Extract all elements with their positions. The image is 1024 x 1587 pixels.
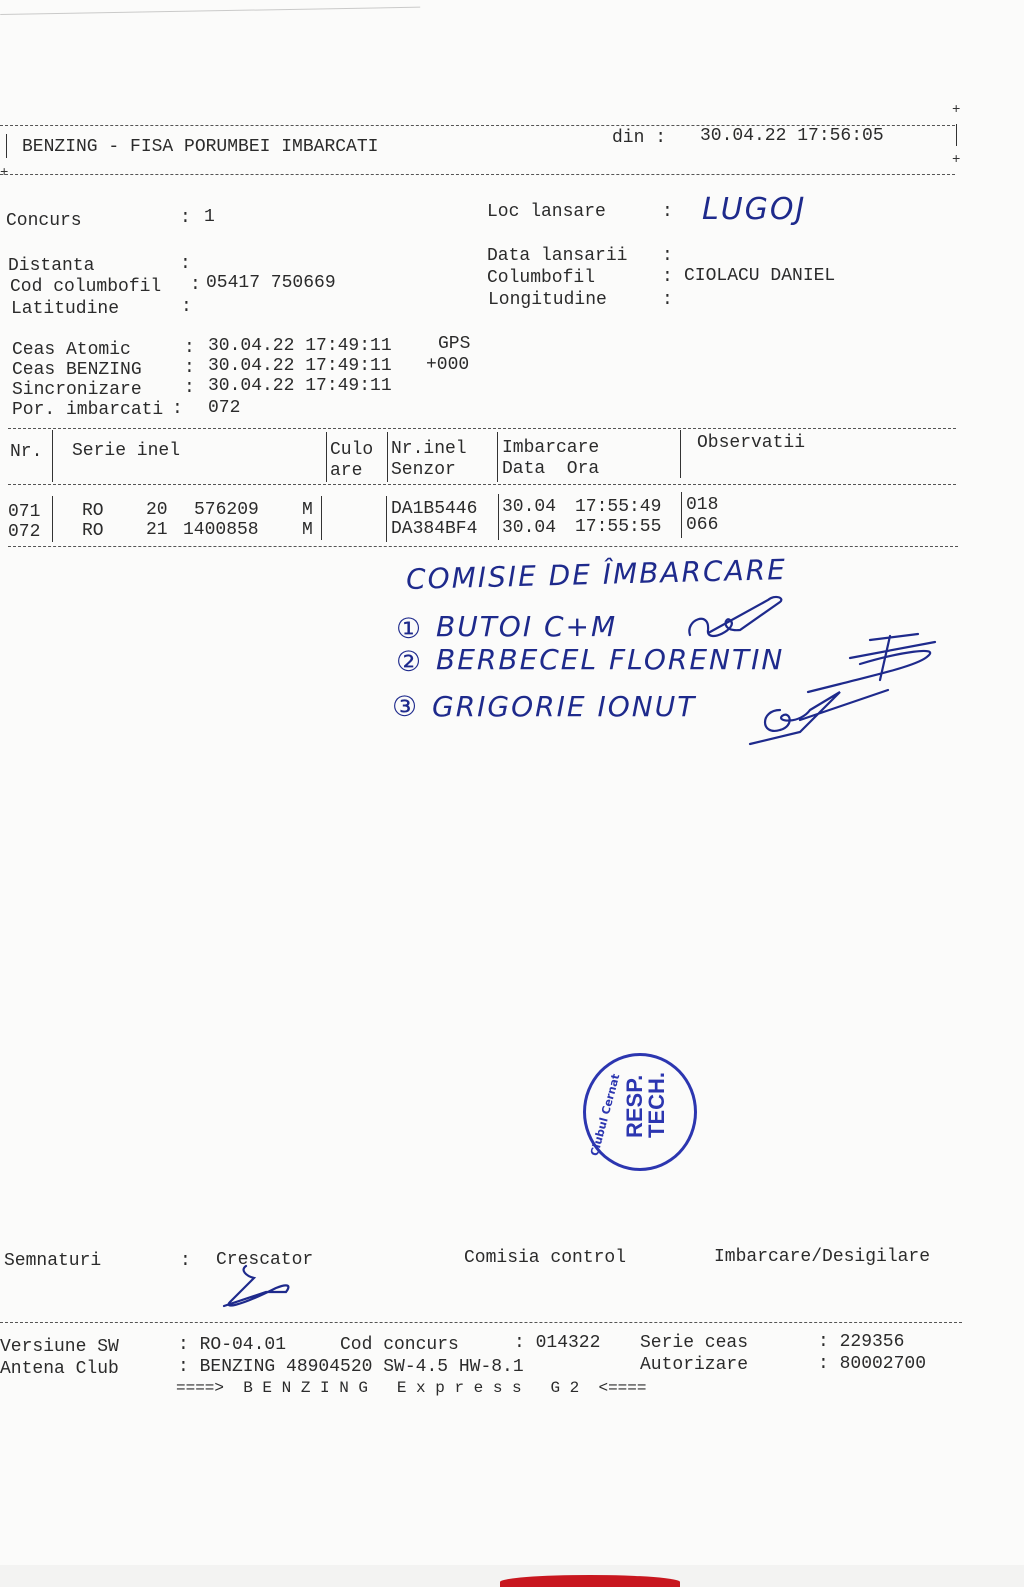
col-separator	[680, 430, 681, 478]
col-separator	[326, 432, 327, 482]
cell-senzor: DA384BF4	[391, 519, 477, 540]
benzing-express-banner: ====> B E N Z I N G E x p r e s s G 2 <=…	[176, 1378, 646, 1399]
por-imbarcati-value: 072	[208, 398, 240, 419]
longitudine-sep: :	[662, 290, 673, 311]
ceas-benzing-value: 30.04.22 17:49:11	[208, 356, 392, 377]
red-object-under-paper	[500, 1575, 680, 1587]
cell-country: RO	[82, 501, 104, 522]
cod-concurs-label: Cod concurs	[340, 1335, 459, 1356]
header-observatii: Observatii	[697, 433, 805, 454]
stamp-center-text: RESP. TECH.	[624, 1078, 668, 1138]
distanta-label: Distanta	[8, 256, 94, 277]
cell-ring: 1400858	[183, 520, 259, 541]
cod-columbofil-value: 05417 750669	[206, 273, 336, 294]
table-top-border	[8, 428, 956, 429]
header-left-bar	[6, 134, 7, 158]
concurs-sep: :	[180, 208, 191, 229]
header-culoare-1: Culo	[330, 440, 373, 461]
stamp-line-1: RESP.	[624, 1078, 646, 1138]
header-data-ora: Data Ora	[502, 459, 599, 480]
clock-sep: :	[184, 358, 195, 379]
sincronizare-value: 30.04.22 17:49:11	[208, 376, 392, 397]
loc-lansare-label: Loc lansare	[487, 202, 606, 223]
cell-observatii: 018	[686, 495, 718, 516]
data-lansarii-label: Data lansarii	[487, 246, 627, 267]
signature-crescator	[216, 1262, 306, 1310]
ceas-atomic-value: 30.04.22 17:49:11	[208, 336, 392, 357]
cell-data: 30.04	[502, 497, 556, 518]
cell-country: RO	[82, 521, 104, 542]
col-separator	[387, 432, 388, 482]
signature-grigorie	[740, 680, 890, 750]
header-serie-inel: Serie inel	[72, 441, 180, 462]
header-nr: Nr.	[10, 442, 42, 463]
cell-sex: M	[302, 520, 313, 541]
latitudine-sep: :	[181, 297, 192, 318]
comisia-control-label: Comisia control	[464, 1248, 626, 1269]
loc-lansare-value-handwritten: LUGOJ	[702, 192, 806, 227]
concurs-label: Concurs	[6, 211, 82, 232]
semnaturi-sep: :	[180, 1251, 191, 1272]
versiune-sw-value: : RO-04.01	[178, 1335, 286, 1356]
col-separator	[681, 492, 682, 538]
col-separator	[52, 430, 53, 482]
stamp-ring-text: Clubul Cernat	[588, 1072, 622, 1157]
header-bottom-border	[0, 174, 955, 175]
cell-ora: 17:55:55	[575, 517, 661, 538]
commission-member-num: ②	[396, 645, 423, 678]
loc-lansare-sep: :	[662, 202, 673, 223]
header-nr-inel: Nr.inel	[391, 439, 467, 460]
clock-sep: :	[184, 338, 195, 359]
clock-sep: :	[184, 378, 195, 399]
ceas-atomic-label: Ceas Atomic	[12, 340, 131, 361]
header-imbarcare: Imbarcare	[502, 438, 599, 459]
latitudine-label: Latitudine	[11, 299, 119, 320]
signature-butoi	[680, 590, 800, 650]
concurs-value: 1	[204, 207, 215, 228]
cell-sex: M	[302, 500, 313, 521]
col-separator	[497, 432, 498, 482]
commission-member-name: BUTOI C+M	[436, 610, 617, 643]
columbofil-label: Columbofil	[487, 268, 595, 289]
ceas-benzing-extra: +000	[426, 355, 469, 376]
document-title: BENZING - FISA PORUMBEI IMBARCATI	[22, 137, 378, 158]
versiune-sw-label: Versiune SW	[0, 1337, 119, 1358]
cell-observatii: 066	[686, 515, 718, 536]
table-bottom-border	[8, 546, 958, 547]
corner-plus: +	[0, 166, 8, 180]
corner-plus: +	[952, 103, 960, 117]
cell-ring: 576209	[194, 500, 259, 521]
col-separator	[386, 496, 387, 542]
cell-ora: 17:55:49	[575, 497, 661, 518]
columbofil-sep: :	[662, 267, 673, 288]
header-culoare-2: are	[330, 461, 362, 482]
cell-senzor: DA1B5446	[391, 499, 477, 520]
col-separator	[498, 494, 499, 540]
din-label: din :	[612, 128, 666, 149]
cod-concurs-value: : 014322	[514, 1333, 600, 1354]
autorizare-label: Autorizare	[640, 1355, 748, 1376]
page-edge-shadow	[0, 0, 420, 15]
longitudine-label: Longitudine	[488, 290, 607, 311]
antena-club-label: Antena Club	[0, 1359, 119, 1380]
table-header-border	[8, 484, 956, 485]
por-imbarcati-label: Por. imbarcati	[12, 400, 163, 421]
cod-columbofil-sep: :	[190, 275, 201, 296]
club-stamp: Clubul Cernat RESP. TECH.	[583, 1053, 697, 1171]
columbofil-value: CIOLACU DANIEL	[684, 266, 835, 287]
imbarcare-desigilare-label: Imbarcare/Desigilare	[714, 1247, 930, 1268]
clock-sep: :	[172, 399, 183, 420]
cell-data: 30.04	[502, 518, 556, 539]
sincronizare-label: Sincronizare	[12, 380, 142, 401]
cell-year: 20	[146, 500, 168, 521]
autorizare-value: : 80002700	[818, 1354, 926, 1375]
corner-plus: +	[952, 153, 960, 167]
ceas-benzing-label: Ceas BENZING	[12, 360, 142, 381]
col-separator	[321, 496, 322, 540]
stamp-line-2: TECH.	[646, 1078, 668, 1138]
commission-member-name: GRIGORIE IONUT	[432, 690, 696, 723]
antena-club-value: : BENZING 48904520 SW-4.5 HW-8.1	[178, 1357, 524, 1378]
footer-top-border	[0, 1322, 962, 1323]
commission-member-num: ①	[396, 612, 423, 645]
col-separator	[52, 496, 53, 542]
commission-member-num: ③	[392, 690, 419, 723]
cell-nr: 072	[8, 522, 40, 543]
distanta-sep: :	[180, 254, 191, 275]
cod-columbofil-label: Cod columbofil	[10, 277, 161, 298]
semnaturi-label: Semnaturi	[4, 1251, 101, 1272]
serie-ceas-label: Serie ceas	[640, 1333, 748, 1354]
header-right-bar	[956, 124, 957, 146]
ceas-atomic-extra: GPS	[438, 334, 470, 355]
data-lansarii-sep: :	[662, 246, 673, 267]
header-senzor: Senzor	[391, 460, 456, 481]
cell-year: 21	[146, 520, 168, 541]
serie-ceas-value: : 229356	[818, 1332, 904, 1353]
cell-nr: 071	[8, 502, 40, 523]
din-value: 30.04.22 17:56:05	[700, 126, 884, 147]
